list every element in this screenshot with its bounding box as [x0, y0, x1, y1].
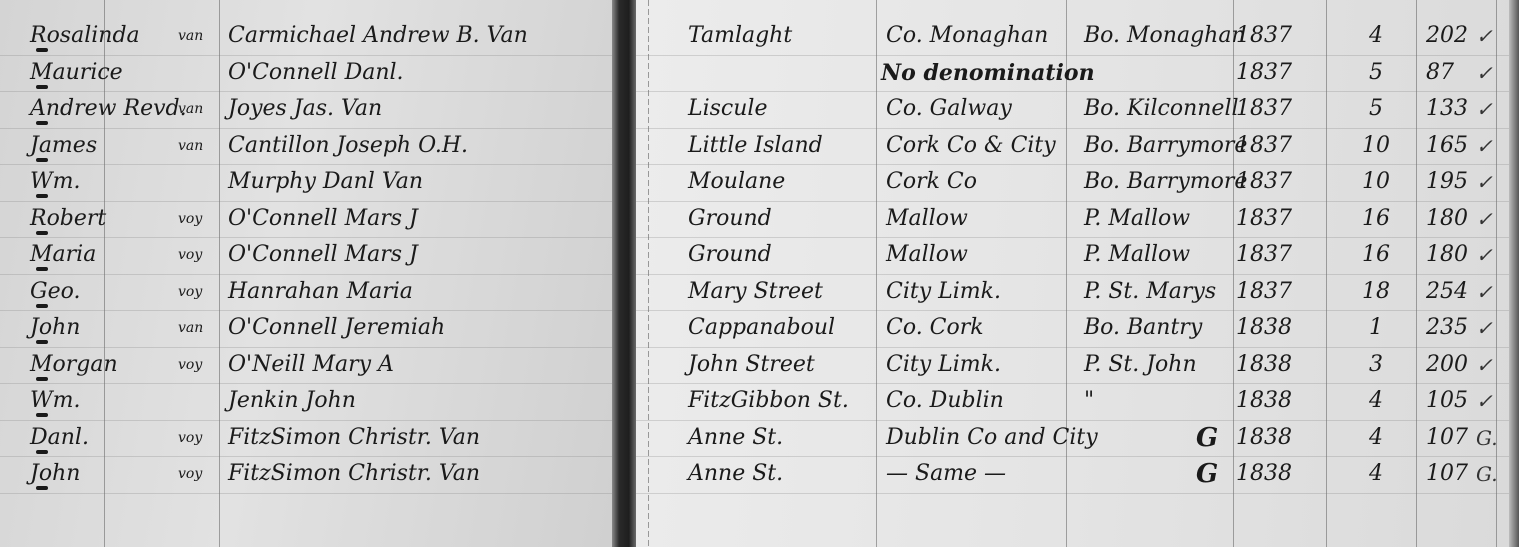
number: 18: [1356, 274, 1396, 310]
ledger-row: Tamlaght Co. Monaghan Bo. Monaghan 1837 …: [636, 18, 1519, 54]
number: 10: [1356, 164, 1396, 200]
number: 1: [1356, 310, 1396, 346]
check-mark-icon: G.: [1476, 456, 1498, 492]
first-name: Maurice: [30, 55, 123, 91]
county: No denomination: [881, 55, 1095, 91]
first-name: John: [30, 456, 80, 492]
year: 1838: [1236, 456, 1292, 492]
ledger-row: Maria voy O'Connell Mars J: [0, 237, 612, 273]
check-mark-icon: ✓: [1476, 55, 1493, 91]
year: 1837: [1236, 201, 1292, 237]
ledger-row: John van O'Connell Jeremiah: [0, 310, 612, 346]
number: 4: [1356, 18, 1396, 54]
county: Mallow: [886, 237, 968, 273]
total: 202: [1426, 18, 1468, 54]
first-name: Robert: [30, 201, 106, 237]
ledger-row: Ground Mallow P. Mallow 1837 16 180 ✓: [636, 237, 1519, 273]
page-edge: [1509, 0, 1519, 547]
county: Co. Galway: [886, 91, 1012, 127]
first-name: Geo.: [30, 274, 80, 310]
parent-name: O'Connell Danl.: [228, 55, 404, 91]
ledger-row: Maurice O'Connell Danl.: [0, 55, 612, 91]
place: Cappanaboul: [688, 310, 835, 346]
county: Dublin Co and City: [886, 420, 1098, 456]
total: 107: [1426, 456, 1468, 492]
barony-parish: P. St. Marys: [1084, 274, 1216, 310]
total: 165: [1426, 128, 1468, 164]
parent-name: Carmichael Andrew B. Van: [228, 18, 528, 54]
check-mark-icon: ✓: [1476, 237, 1493, 273]
check-mark-icon: ✓: [1476, 18, 1493, 54]
year: 1837: [1236, 237, 1292, 273]
county: Co. Cork: [886, 310, 984, 346]
number: 10: [1356, 128, 1396, 164]
barony-parish: P. St. John: [1084, 347, 1197, 383]
county: — Same —: [886, 456, 1006, 492]
place: Ground: [688, 237, 772, 273]
check-mark-icon: ✓: [1476, 164, 1493, 200]
role: voy: [178, 237, 202, 273]
role: voy: [178, 420, 202, 456]
role: voy: [178, 274, 202, 310]
year: 1837: [1236, 18, 1292, 54]
barony-parish: Bo. Monaghan: [1084, 18, 1246, 54]
ledger-row: Robert voy O'Connell Mars J: [0, 201, 612, 237]
role: van: [178, 18, 203, 54]
role: van: [178, 91, 203, 127]
year: 1837: [1236, 164, 1292, 200]
first-name: Maria: [30, 237, 96, 273]
place: Ground: [688, 201, 772, 237]
first-name: Danl.: [30, 420, 89, 456]
total: 200: [1426, 347, 1468, 383]
total: 133: [1426, 91, 1468, 127]
g-mark: G: [1196, 456, 1218, 492]
ruled-line: [636, 493, 1519, 494]
parent-name: Hanrahan Maria: [228, 274, 413, 310]
place: Anne St.: [688, 456, 783, 492]
parent-name: Joyes Jas. Van: [228, 91, 382, 127]
ledger-row: Wm. Murphy Danl Van: [0, 164, 612, 200]
first-name: Wm.: [30, 383, 80, 419]
number: 5: [1356, 91, 1396, 127]
parent-name: Cantillon Joseph O.H.: [228, 128, 468, 164]
number: 4: [1356, 420, 1396, 456]
check-mark-icon: G.: [1476, 420, 1498, 456]
barony-parish: Bo. Barrymore: [1084, 164, 1247, 200]
parent-name: O'Neill Mary A: [228, 347, 394, 383]
first-name: Morgan: [30, 347, 118, 383]
parent-name: Murphy Danl Van: [228, 164, 423, 200]
place: Mary Street: [688, 274, 823, 310]
ledger-row: Moulane Cork Co Bo. Barrymore 1837 10 19…: [636, 164, 1519, 200]
year: 1837: [1236, 274, 1292, 310]
place: Little Island: [688, 128, 823, 164]
county: Cork Co: [886, 164, 977, 200]
barony-parish: P. Mallow: [1084, 237, 1190, 273]
role: voy: [178, 347, 202, 383]
county: Mallow: [886, 201, 968, 237]
number: 16: [1356, 201, 1396, 237]
parent-name: FitzSimon Christr. Van: [228, 456, 480, 492]
ledger-row: Anne St. — Same — G 1838 4 107 G.: [636, 456, 1519, 492]
ledger-row: Anne St. Dublin Co and City G 1838 4 107…: [636, 420, 1519, 456]
role: voy: [178, 201, 202, 237]
role: van: [178, 128, 203, 164]
ledger-row: Rosalinda van Carmichael Andrew B. Van: [0, 18, 612, 54]
place: John Street: [688, 347, 815, 383]
ledger-row: Cappanaboul Co. Cork Bo. Bantry 1838 1 2…: [636, 310, 1519, 346]
check-mark-icon: ✓: [1476, 201, 1493, 237]
check-mark-icon: ✓: [1476, 128, 1493, 164]
year: 1837: [1236, 128, 1292, 164]
year: 1837: [1236, 91, 1292, 127]
barony-parish: Bo. Kilconnell: [1084, 91, 1239, 127]
role: voy: [178, 456, 202, 492]
right-ledger-page: Tamlaght Co. Monaghan Bo. Monaghan 1837 …: [636, 0, 1519, 547]
place: Anne St.: [688, 420, 783, 456]
check-mark-icon: ✓: [1476, 91, 1493, 127]
place: Tamlaght: [688, 18, 792, 54]
barony-parish: ": [1084, 383, 1094, 419]
barony-parish: Bo. Barrymore: [1084, 128, 1247, 164]
county: City Limk.: [886, 274, 1001, 310]
ledger-row: No denomination 1837 5 87 ✓: [636, 55, 1519, 91]
ledger-row: Andrew Revd. van Joyes Jas. Van: [0, 91, 612, 127]
barony-parish: Bo. Bantry: [1084, 310, 1202, 346]
total: 87: [1426, 55, 1454, 91]
county: City Limk.: [886, 347, 1001, 383]
first-name: Andrew Revd.: [30, 91, 187, 127]
book-gutter: [612, 0, 636, 547]
year: 1838: [1236, 420, 1292, 456]
year: 1837: [1236, 55, 1292, 91]
total: 235: [1426, 310, 1468, 346]
ledger-row: Morgan voy O'Neill Mary A: [0, 347, 612, 383]
g-mark: G: [1196, 420, 1218, 456]
parent-name: O'Connell Mars J: [228, 201, 418, 237]
total: 180: [1426, 201, 1468, 237]
county: Cork Co & City: [886, 128, 1056, 164]
parent-name: FitzSimon Christr. Van: [228, 420, 480, 456]
check-mark-icon: ✓: [1476, 310, 1493, 346]
county: Co. Monaghan: [886, 18, 1048, 54]
place: FitzGibbon St.: [688, 383, 849, 419]
total: 105: [1426, 383, 1468, 419]
ledger-row: FitzGibbon St. Co. Dublin " 1838 4 105 ✓: [636, 383, 1519, 419]
check-mark-icon: ✓: [1476, 274, 1493, 310]
ledger-row: John voy FitzSimon Christr. Van: [0, 456, 612, 492]
ruled-line: [0, 493, 612, 494]
total: 180: [1426, 237, 1468, 273]
number: 5: [1356, 55, 1396, 91]
parent-name: O'Connell Jeremiah: [228, 310, 445, 346]
ledger-row: Liscule Co. Galway Bo. Kilconnell 1837 5…: [636, 91, 1519, 127]
ledger-row: Wm. Jenkin John: [0, 383, 612, 419]
county: Co. Dublin: [886, 383, 1004, 419]
first-name: Wm.: [30, 164, 80, 200]
year: 1838: [1236, 347, 1292, 383]
parent-name: Jenkin John: [228, 383, 356, 419]
ledger-row: James van Cantillon Joseph O.H.: [0, 128, 612, 164]
barony-parish: P. Mallow: [1084, 201, 1190, 237]
ledger-row: John Street City Limk. P. St. John 1838 …: [636, 347, 1519, 383]
check-mark-icon: ✓: [1476, 383, 1493, 419]
number: 4: [1356, 383, 1396, 419]
number: 3: [1356, 347, 1396, 383]
ledger-row: Little Island Cork Co & City Bo. Barrymo…: [636, 128, 1519, 164]
first-name: Rosalinda: [30, 18, 140, 54]
parent-name: O'Connell Mars J: [228, 237, 418, 273]
first-name: James: [30, 128, 97, 164]
year: 1838: [1236, 383, 1292, 419]
ledger-row: Danl. voy FitzSimon Christr. Van: [0, 420, 612, 456]
number: 16: [1356, 237, 1396, 273]
total: 107: [1426, 420, 1468, 456]
ledger-row: Ground Mallow P. Mallow 1837 16 180 ✓: [636, 201, 1519, 237]
place: Liscule: [688, 91, 767, 127]
number: 4: [1356, 456, 1396, 492]
check-mark-icon: ✓: [1476, 347, 1493, 383]
left-ledger-page: Rosalinda van Carmichael Andrew B. Van M…: [0, 0, 612, 547]
total: 195: [1426, 164, 1468, 200]
year: 1838: [1236, 310, 1292, 346]
ledger-row: Mary Street City Limk. P. St. Marys 1837…: [636, 274, 1519, 310]
total: 254: [1426, 274, 1468, 310]
place: Moulane: [688, 164, 785, 200]
ledger-row: Geo. voy Hanrahan Maria: [0, 274, 612, 310]
first-name: John: [30, 310, 80, 346]
role: van: [178, 310, 203, 346]
